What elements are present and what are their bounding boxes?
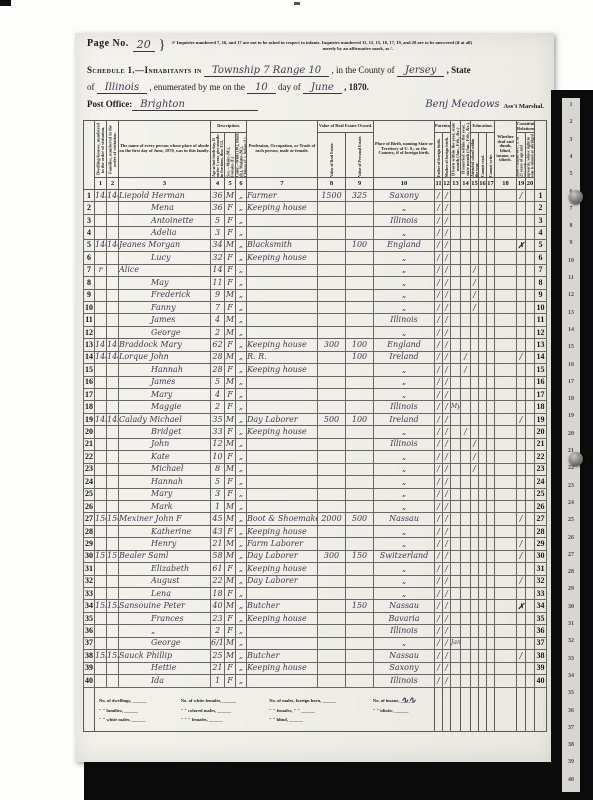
cell-birthplace: „ (374, 376, 435, 388)
cell-deaf-dumb (495, 376, 517, 388)
line-number-right: 36 (535, 625, 547, 637)
cell-family (107, 525, 119, 537)
cell-family: 147 (107, 339, 119, 351)
cell-name: George (119, 326, 211, 338)
line-number-right: 19 (535, 413, 547, 425)
cell-color: „ (236, 476, 247, 488)
cell-male-citizen (517, 252, 526, 264)
cell-male-citizen: / (517, 190, 526, 202)
cell-male-citizen (517, 438, 526, 450)
cell-personal-estate (346, 264, 374, 276)
cell-birthplace: „ (374, 301, 435, 313)
cell-family (107, 364, 119, 376)
totals-row: No. of dwellings, ______″ ″ families, __… (84, 687, 547, 731)
binding-post-bottom (569, 452, 583, 466)
cell-mother-foreign: / (443, 675, 451, 687)
cell-father-foreign: / (435, 662, 443, 674)
cell-deaf-dumb (495, 277, 517, 289)
cell-cannot-write (487, 488, 495, 500)
cell-school: / (471, 301, 479, 313)
cell-cannot-read (479, 364, 487, 376)
cell-name: Antoinette (119, 214, 211, 226)
cell-born-month (451, 202, 461, 214)
cell-father-foreign: / (435, 488, 443, 500)
cell-name: Hettie (119, 662, 211, 674)
cell-sex: F (225, 264, 236, 276)
cell-born-month (451, 575, 461, 587)
cell-occupation: R. R. (247, 351, 318, 363)
line-number-right: 14 (535, 351, 547, 363)
cell-name: Hannah (119, 476, 211, 488)
cell-personal-estate (346, 376, 374, 388)
cell-birthplace: „ (374, 277, 435, 289)
cell-cannot-write (487, 625, 495, 637)
table-row: 34152152Sansouine Peter40M„Butcher150Nas… (84, 600, 547, 612)
cell-mother-foreign: / (443, 289, 451, 301)
cell-birthplace: „ (374, 364, 435, 376)
cell-father-foreign: / (435, 351, 443, 363)
cell-father-foreign: / (435, 600, 443, 612)
cell-male-citizen (517, 214, 526, 226)
cell-married-month (461, 588, 471, 600)
cell-family (107, 563, 119, 575)
cell-family: 150 (107, 513, 119, 525)
cell-mother-foreign: / (443, 214, 451, 226)
cell-birthplace: Illinois (374, 625, 435, 637)
cell-personal-estate (346, 364, 374, 376)
cell-age: 9 (211, 289, 225, 301)
line-number-left: 16 (84, 376, 95, 388)
cell-name: Mary (119, 488, 211, 500)
cell-mother-foreign: / (443, 488, 451, 500)
cell-vote-denied (526, 612, 535, 624)
cell-school (471, 401, 479, 413)
column-number: 11 (435, 178, 443, 190)
cell-father-foreign: / (435, 190, 443, 202)
cell-cannot-read (479, 650, 487, 662)
cell-occupation: Keeping house (247, 339, 318, 351)
binding-post-top (569, 190, 583, 204)
column-number: 20 (526, 178, 535, 190)
column-number: 4 (211, 178, 225, 190)
cell-occupation: Keeping house (247, 612, 318, 624)
cell-personal-estate: 150 (346, 600, 374, 612)
cell-real-estate: 500 (318, 413, 346, 425)
cell-vote-denied (526, 538, 535, 550)
cell-deaf-dumb (495, 675, 517, 687)
cell-born-month (451, 301, 461, 313)
column-number: 18 (495, 178, 517, 190)
cell-dwelling (95, 476, 107, 488)
cell-married-month (461, 314, 471, 326)
cell-male-citizen (517, 500, 526, 512)
table-row: 8May11F„„///8 (84, 277, 547, 289)
col-header-mother-foreign: Mother of foreign birth. (443, 133, 451, 178)
cell-born-month (451, 264, 461, 276)
cell-mother-foreign: / (443, 227, 451, 239)
cell-real-estate (318, 239, 346, 251)
cell-name: George (119, 637, 211, 649)
cell-dwelling (95, 538, 107, 550)
table-row: 7rAlice14F„„///7 (84, 264, 547, 276)
cell-personal-estate: 100 (346, 339, 374, 351)
cell-cannot-read (479, 675, 487, 687)
col-header-occupation: Profession, Occupation, or Trade of each… (247, 121, 318, 178)
cell-deaf-dumb (495, 339, 517, 351)
cell-sex: F (225, 389, 236, 401)
cell-mother-foreign: / (443, 202, 451, 214)
cell-personal-estate (346, 625, 374, 637)
cell-mother-foreign: / (443, 600, 451, 612)
cell-mother-foreign: / (443, 538, 451, 550)
group-header-parentage: Parentage. (435, 121, 451, 133)
cell-dwelling (95, 326, 107, 338)
cell-married-month (461, 575, 471, 587)
footer-empty-cell (487, 687, 495, 731)
cell-sex: M (225, 438, 236, 450)
cell-vote-denied (526, 413, 535, 425)
cell-cannot-read (479, 301, 487, 313)
cell-vote-denied (526, 351, 535, 363)
cell-dwelling (95, 625, 107, 637)
cell-male-citizen (517, 488, 526, 500)
cell-birthplace: „ (374, 463, 435, 475)
cell-born-month (451, 563, 461, 575)
line-number-left: 40 (84, 675, 95, 687)
table-row: 40Ida1F„Illinois//40 (84, 675, 547, 687)
cell-age: 6/12 (211, 637, 225, 649)
footer-empty-cell (471, 687, 479, 731)
cell-dwelling: 152 (95, 600, 107, 612)
cell-birthplace: Illinois (374, 438, 435, 450)
cell-mother-foreign: / (443, 277, 451, 289)
cell-dwelling (95, 675, 107, 687)
cell-birthplace: „ (374, 488, 435, 500)
cell-real-estate (318, 314, 346, 326)
cell-cannot-read (479, 563, 487, 575)
cell-occupation: Keeping house (247, 364, 318, 376)
cell-color: „ (236, 301, 247, 313)
cell-married-month (461, 513, 471, 525)
col-header-age: Age at last birth-day. If under 1 year, … (211, 133, 225, 178)
cell-school (471, 190, 479, 202)
cell-cannot-read (479, 289, 487, 301)
cell-color: „ (236, 500, 247, 512)
cell-vote-denied (526, 662, 535, 674)
col-header-deaf-dumb: Whether deaf and dumb, blind, insane, or… (495, 121, 517, 178)
cell-school (471, 625, 479, 637)
table-row: 37George6/12M„„//Jan37 (84, 637, 547, 649)
cell-male-citizen (517, 525, 526, 537)
cell-male-citizen (517, 277, 526, 289)
cell-mother-foreign: / (443, 550, 451, 562)
cell-cannot-write (487, 214, 495, 226)
line-number-left: 3 (84, 214, 95, 226)
cell-family (107, 314, 119, 326)
scan-bottom-black-band (84, 762, 593, 800)
cell-vote-denied (526, 600, 535, 612)
cell-occupation (247, 314, 318, 326)
line-number-left: 24 (84, 476, 95, 488)
cell-name: May (119, 277, 211, 289)
table-row: 14148148Lorque John28M„R. R.100Ireland//… (84, 351, 547, 363)
cell-married-month (461, 339, 471, 351)
cell-real-estate (318, 662, 346, 674)
cell-deaf-dumb (495, 662, 517, 674)
line-number-right: 23 (535, 463, 547, 475)
table-row: 16James5M„„//16 (84, 376, 547, 388)
cell-occupation (247, 476, 318, 488)
table-row: 20Bridget33F„Keeping house„///20 (84, 426, 547, 438)
cell-name: Mark (119, 500, 211, 512)
cell-age: 43 (211, 525, 225, 537)
cell-male-citizen (517, 451, 526, 463)
cell-born-month (451, 525, 461, 537)
cell-born-month (451, 625, 461, 637)
cell-personal-estate: 500 (346, 513, 374, 525)
cell-color: „ (236, 289, 247, 301)
cell-born-month (451, 612, 461, 624)
cell-cannot-read (479, 326, 487, 338)
cell-deaf-dumb (495, 426, 517, 438)
line-number-right: 18 (535, 401, 547, 413)
cell-birthplace: Nassau (374, 650, 435, 662)
cell-father-foreign: / (435, 239, 443, 251)
strip-line-number: 7 (562, 206, 580, 212)
cell-male-citizen (517, 675, 526, 687)
cell-born-month (451, 314, 461, 326)
cell-sex: M (225, 190, 236, 202)
table-row: 32August22M„Day Laborer„///32 (84, 575, 547, 587)
cell-sex: M (225, 289, 236, 301)
cell-male-citizen: / (517, 650, 526, 662)
cell-married-month (461, 277, 471, 289)
group-header-constitutional: Constitutional Relations. (517, 121, 535, 133)
cell-name: „ (119, 625, 211, 637)
line-number-right: 39 (535, 662, 547, 674)
cell-male-citizen: ✗ (517, 600, 526, 612)
table-row: 30151151Bealer Saml58M„Day Laborer300150… (84, 550, 547, 562)
cell-color: „ (236, 588, 247, 600)
cell-married-month (461, 239, 471, 251)
cell-occupation (247, 227, 318, 239)
cell-dwelling (95, 575, 107, 587)
strip-line-number: 22 (562, 465, 580, 471)
cell-birthplace: „ (374, 476, 435, 488)
cell-school (471, 675, 479, 687)
cell-sex: F (225, 426, 236, 438)
cell-married-month (461, 600, 471, 612)
cell-real-estate (318, 612, 346, 624)
cell-cannot-read (479, 500, 487, 512)
cell-school (471, 637, 479, 649)
cell-personal-estate (346, 227, 374, 239)
cell-male-citizen (517, 637, 526, 649)
cell-dwelling: 150 (95, 513, 107, 525)
cell-married-month (461, 451, 471, 463)
cell-born-month (451, 364, 461, 376)
cell-color: „ (236, 326, 247, 338)
cell-mother-foreign: / (443, 650, 451, 662)
line-number-left: 26 (84, 500, 95, 512)
line-number-right: 10 (535, 301, 547, 313)
cell-cannot-read (479, 389, 487, 401)
totals-group-foreign-blind: No. of males, foreign born, ______″ ″ fe… (269, 696, 369, 725)
cell-mother-foreign: / (443, 463, 451, 475)
cell-vote-denied (526, 575, 535, 587)
cell-birthplace: „ (374, 227, 435, 239)
cell-birthplace: England (374, 239, 435, 251)
cell-occupation (247, 389, 318, 401)
cell-age: 3 (211, 227, 225, 239)
cell-male-citizen (517, 301, 526, 313)
strip-line-number: 19 (562, 413, 580, 419)
cell-born-month (451, 326, 461, 338)
instructions-line2: merely by an affirmative mark, as /. (172, 46, 544, 52)
line-number-right: 20 (535, 426, 547, 438)
cell-birthplace: Nassau (374, 600, 435, 612)
cell-name: Jeanes Morgan (119, 239, 211, 251)
totals-group-whites-colored: No. of white females, ______″ ″ colored … (181, 696, 265, 725)
cell-dwelling: 151 (95, 550, 107, 562)
cell-born-month (451, 413, 461, 425)
cell-name: August (119, 575, 211, 587)
cell-age: 1 (211, 500, 225, 512)
cell-age: 4 (211, 389, 225, 401)
line-number-left: 21 (84, 438, 95, 450)
scan-corner-artifact (0, 0, 11, 6)
cell-deaf-dumb (495, 625, 517, 637)
cell-family: 146 (107, 239, 119, 251)
cell-occupation (247, 301, 318, 313)
cell-family (107, 612, 119, 624)
cell-dwelling: 149 (95, 413, 107, 425)
cell-deaf-dumb (495, 190, 517, 202)
table-row: 3Antoinette5F„Illinois//3 (84, 214, 547, 226)
cell-color: „ (236, 351, 247, 363)
cell-birthplace: Ireland (374, 351, 435, 363)
table-row: 23Michael8M„„///23 (84, 463, 547, 475)
strip-line-number: 30 (562, 604, 580, 610)
line-number-right: 40 (535, 675, 547, 687)
line-number-right: 33 (535, 588, 547, 600)
cell-vote-denied (526, 500, 535, 512)
cell-sex: M (225, 575, 236, 587)
cell-real-estate (318, 277, 346, 289)
cell-color: „ (236, 252, 247, 264)
cell-vote-denied (526, 650, 535, 662)
cell-deaf-dumb (495, 364, 517, 376)
cell-deaf-dumb (495, 301, 517, 313)
cell-married-month: / (461, 364, 471, 376)
cell-dwelling (95, 438, 107, 450)
cell-dwelling (95, 463, 107, 475)
column-number: 17 (487, 178, 495, 190)
cell-school (471, 413, 479, 425)
cell-deaf-dumb (495, 202, 517, 214)
cell-school (471, 476, 479, 488)
cell-father-foreign: / (435, 277, 443, 289)
cell-vote-denied (526, 339, 535, 351)
cell-age: 11 (211, 277, 225, 289)
cell-cannot-write (487, 426, 495, 438)
cell-cannot-write (487, 413, 495, 425)
cell-name: Fanny (119, 301, 211, 313)
cell-mother-foreign: / (443, 438, 451, 450)
footer-empty-cell (526, 687, 535, 731)
cell-born-month (451, 227, 461, 239)
cell-married-month (461, 675, 471, 687)
cell-father-foreign: / (435, 401, 443, 413)
cell-real-estate (318, 488, 346, 500)
cell-family (107, 376, 119, 388)
cell-cannot-read (479, 600, 487, 612)
cell-sex: M (225, 500, 236, 512)
cell-male-citizen (517, 662, 526, 674)
census-page: Page No. 20 } ☞ Inquiries numbered 7, 16… (75, 33, 554, 762)
line-number-right: 3 (535, 214, 547, 226)
cell-school (471, 389, 479, 401)
cell-vote-denied (526, 563, 535, 575)
cell-vote-denied (526, 252, 535, 264)
cell-married-month (461, 438, 471, 450)
cell-personal-estate (346, 650, 374, 662)
cell-sex: F (225, 364, 236, 376)
cell-real-estate (318, 637, 346, 649)
cell-birthplace: „ (374, 575, 435, 587)
cell-school (471, 575, 479, 587)
cell-married-month (461, 500, 471, 512)
cell-born-month (451, 289, 461, 301)
cell-married-month (461, 637, 471, 649)
footer-empty-cell (461, 687, 471, 731)
cell-dwelling (95, 289, 107, 301)
cell-vote-denied (526, 625, 535, 637)
cell-personal-estate (346, 289, 374, 301)
line-number-left: 37 (84, 637, 95, 649)
cell-sex: M (225, 314, 236, 326)
cell-deaf-dumb (495, 289, 517, 301)
cell-color: „ (236, 202, 247, 214)
cell-sex: F (225, 202, 236, 214)
cell-married-month (461, 326, 471, 338)
cell-married-month (461, 476, 471, 488)
cell-dwelling (95, 277, 107, 289)
cell-vote-denied (526, 451, 535, 463)
line-number-right: 37 (535, 637, 547, 649)
footer-line-right (535, 687, 547, 731)
cell-color: „ (236, 637, 247, 649)
cell-personal-estate (346, 401, 374, 413)
cell-sex: M (225, 463, 236, 475)
cell-born-month (451, 662, 461, 674)
cell-name: Calady Michael (119, 413, 211, 425)
cell-deaf-dumb (495, 314, 517, 326)
cell-mother-foreign: / (443, 588, 451, 600)
line-number-right: 5 (535, 239, 547, 251)
marshal-label: Ass't Marshal. (504, 99, 544, 110)
col-header-male-citizens: Male Citizens of U. S. of 21 years of ag… (517, 133, 526, 178)
table-row: 26Mark1M„„//26 (84, 500, 547, 512)
cell-school (471, 612, 479, 624)
line-number-left: 18 (84, 401, 95, 413)
column-number: 8 (318, 178, 346, 190)
cell-school (471, 214, 479, 226)
cell-family (107, 326, 119, 338)
cell-occupation (247, 451, 318, 463)
cell-married-month: / (461, 351, 471, 363)
cell-personal-estate (346, 588, 374, 600)
